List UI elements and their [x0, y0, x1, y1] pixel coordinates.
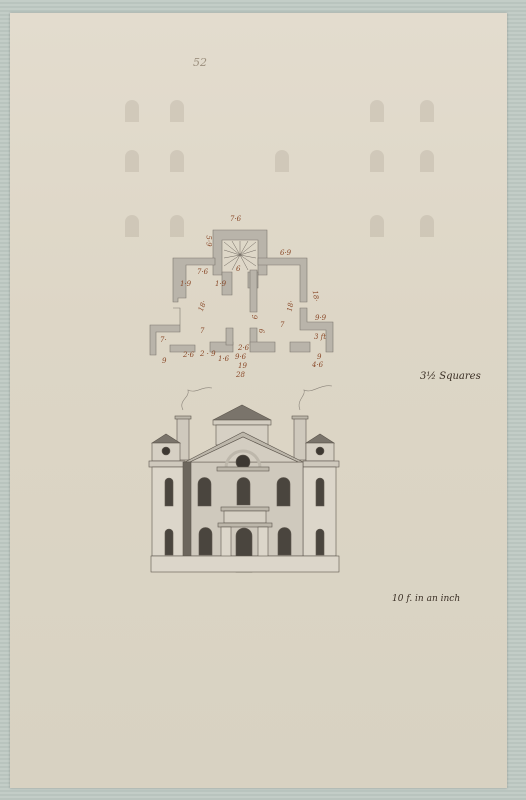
dim-left-wing: 7· [160, 336, 167, 344]
dim-stair-top: 7·6 [230, 215, 241, 223]
ground-plan: 7·6 5·9 6 6·9 7·6 1·9 1·9 18· 18· 18· 9·… [140, 220, 340, 380]
front-elevation [140, 380, 350, 580]
dim-right-foot-b: 4·6 [312, 361, 323, 369]
dim-bottom-a: 2·6 [183, 351, 194, 359]
dim-bottom-b: 2 · 9 [200, 350, 216, 358]
dim-left-foot: 9 [162, 357, 166, 365]
dim-left-wall-a: 1·9 [180, 280, 191, 288]
dim-left-room: 7·6 [197, 268, 208, 276]
sheet-number: 52 [193, 56, 207, 69]
dim-stair-left: 5·9 [205, 235, 213, 246]
dim-right-upper: 6·9 [280, 249, 291, 257]
dim-entry-a: 2·6 [238, 344, 249, 352]
dim-stair-center: 6 [236, 265, 240, 273]
dim-entry-b: 9·6 [235, 353, 246, 361]
dim-right-lower: 7 [280, 321, 284, 329]
dim-left-wall-b: 1·9 [215, 280, 226, 288]
dim-right-small: 3 ft [314, 333, 326, 341]
dim-right-edge: 18· [311, 290, 321, 302]
dim-left-lower: 7 [200, 327, 204, 335]
scale-note-squares: 3½ Squares [420, 371, 481, 382]
dim-right-wing: 9·9 [315, 314, 326, 322]
dim-corridor: 9 [250, 315, 258, 319]
dim-bottom-c: 1·6 [218, 355, 229, 363]
dim-corridor-b: 6 [257, 329, 265, 333]
dim-total: 28 [236, 371, 245, 379]
dim-entry-c: 19 [238, 362, 247, 370]
scale-note-inch: 10 f. in an inch [392, 594, 460, 604]
dim-right-foot: 9 [317, 353, 321, 361]
